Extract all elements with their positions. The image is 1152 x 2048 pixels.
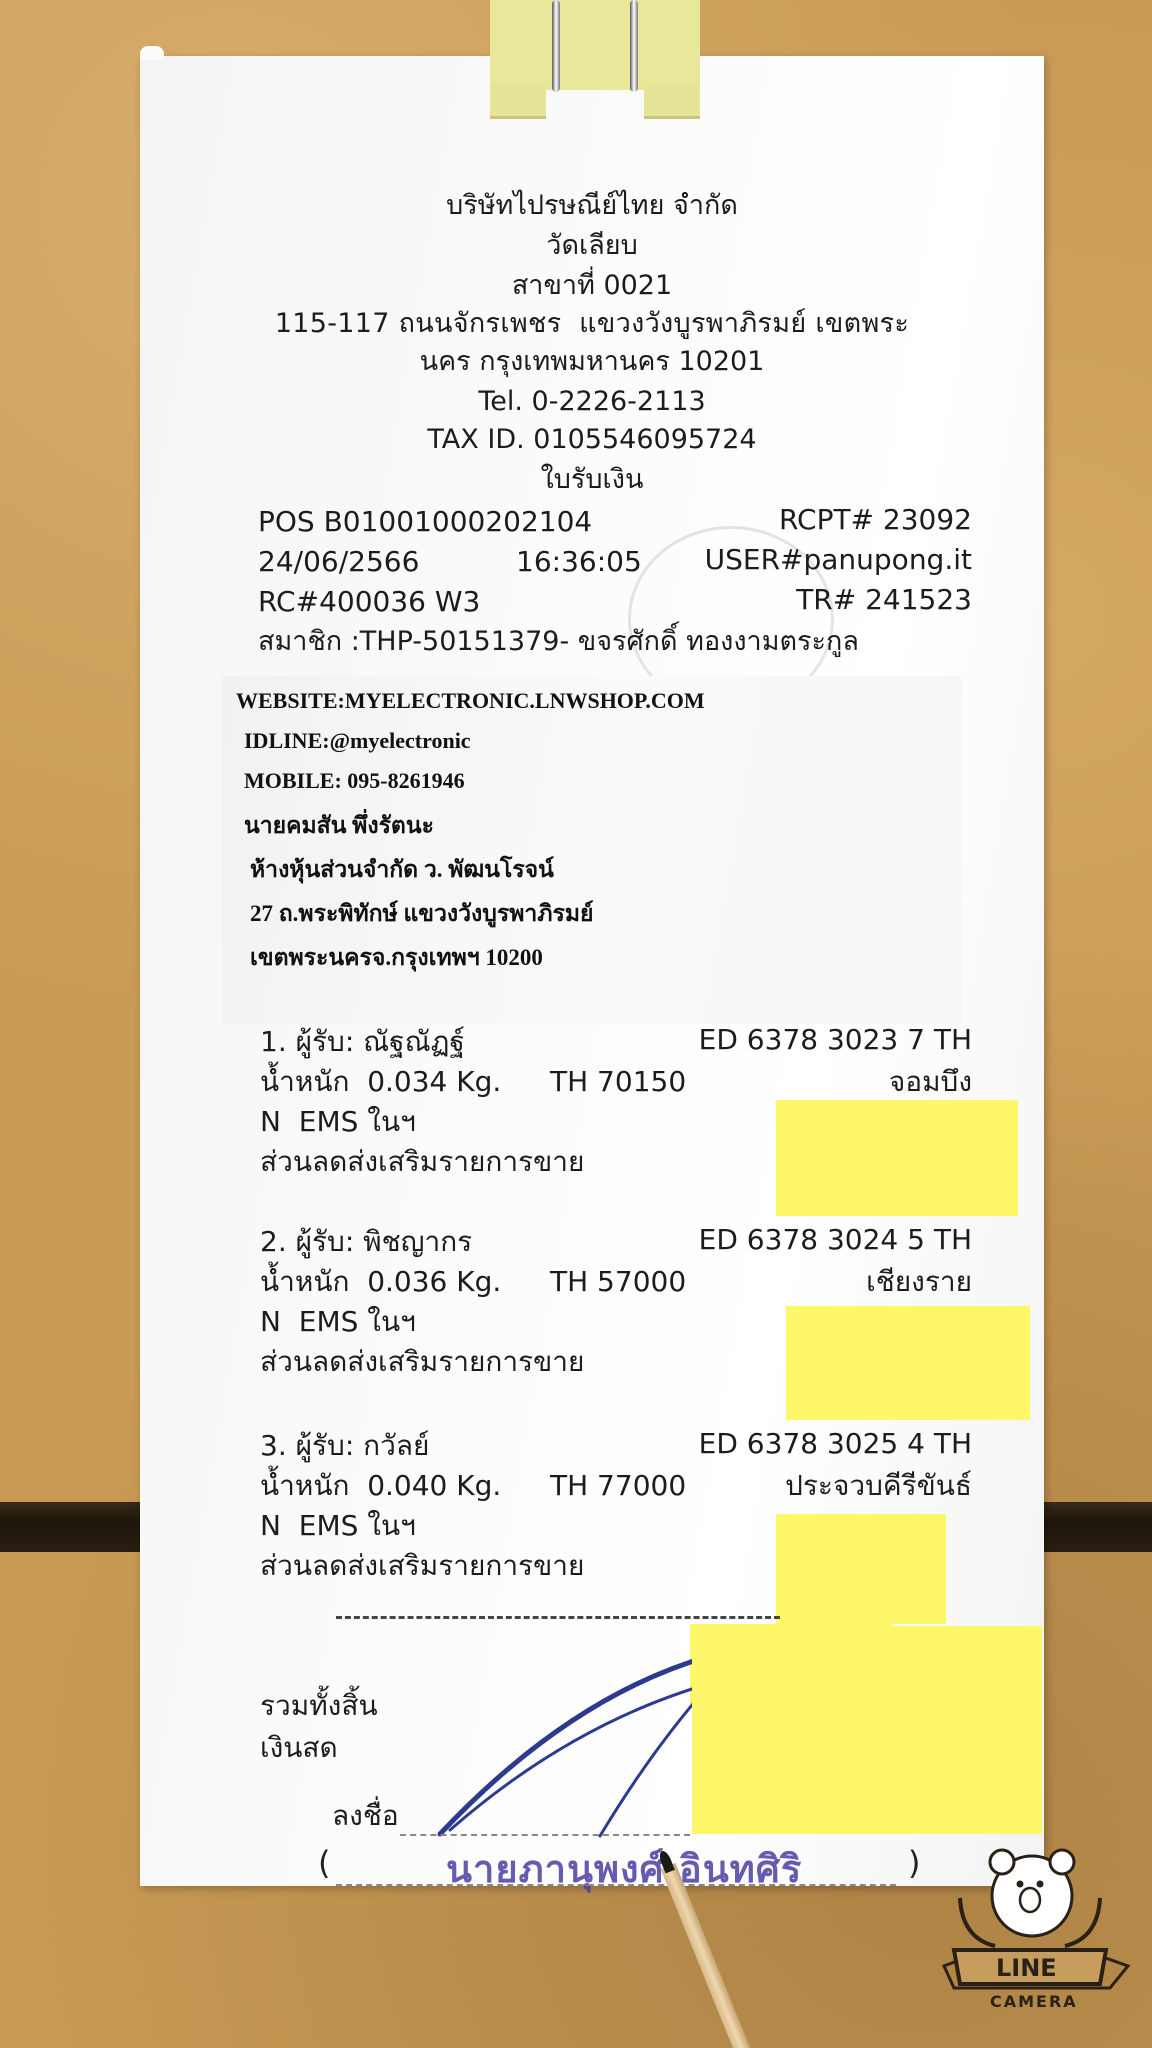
close-paren: ) [908,1844,920,1882]
handwritten-signature [140,56,1044,1886]
binder-clip [490,0,700,112]
signature-line [400,1834,690,1836]
redaction-amount [692,1626,1042,1834]
signature-label: ลงชื่อ [332,1802,399,1830]
watermark-brand: LINE [996,1956,1057,1980]
receipt-paper: บริษัทไปรษณีย์ไทย จำกัด วัดเลียบ สาขาที่… [140,56,1044,1886]
open-paren: ( [318,1844,330,1882]
watermark-sub: CAMERA [990,1994,1078,2010]
bear-logo-icon [940,1838,1130,2018]
stamped-officer-name: นายภานุพงศ์ อินทศิริ [446,1838,802,1899]
line-camera-watermark: LINE CAMERA [940,1838,1130,2018]
name-line [336,1884,896,1886]
